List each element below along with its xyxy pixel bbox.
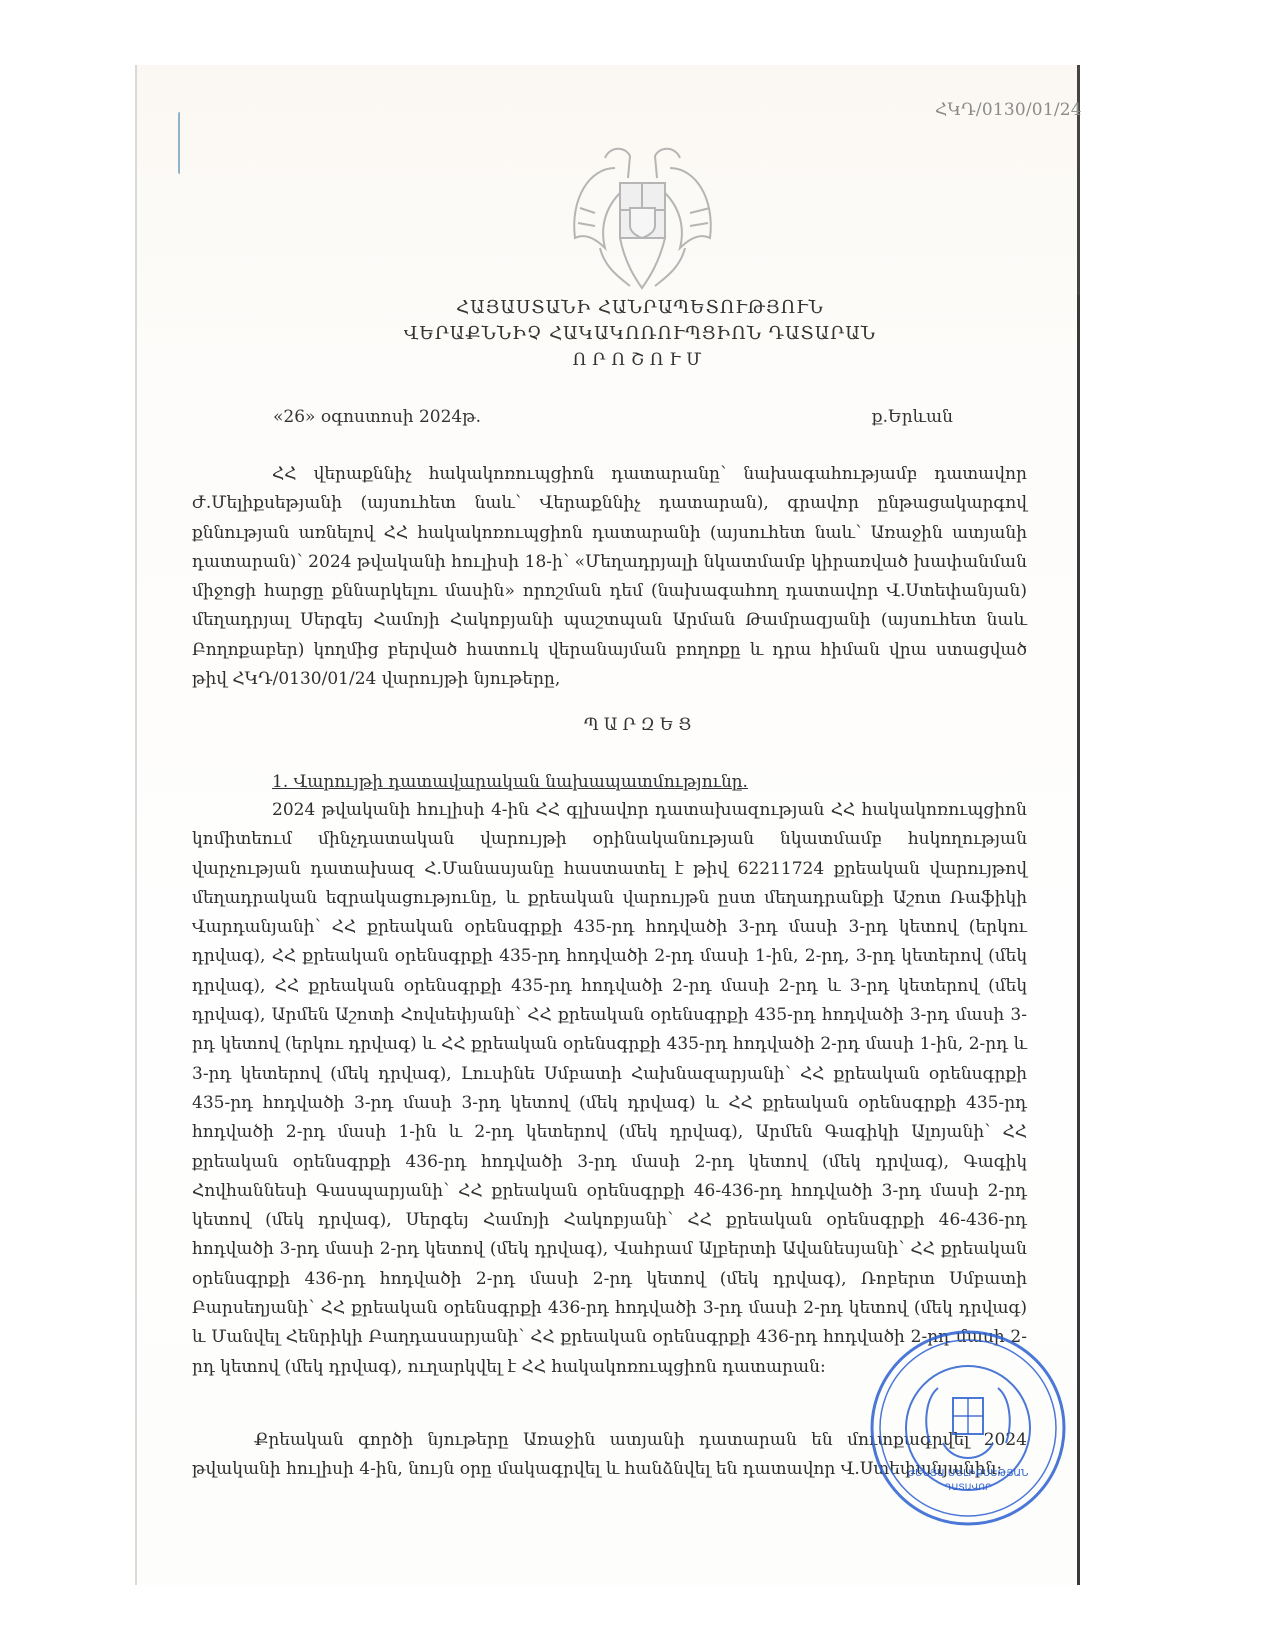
armenian-coat-of-arms-icon	[560, 138, 725, 298]
header-court: ՎԵՐԱՔՆՆԻՉ ՀԱԿԱԿՈՌՈՒՊՑԻՈՆ ԴԱՏԱՐԱՆ	[190, 321, 1090, 347]
decision-title: ՊԱՐԶԵՑ	[190, 715, 1090, 735]
header-decision: ՈՐՈՇՈՒՄ	[190, 347, 1090, 373]
section-1-paragraph-1: 2024 թվականի հուլիսի 4-ին ՀՀ գլխավոր դատ…	[192, 796, 1027, 1382]
section-1-text-1: 2024 թվականի հուլիսի 4-ին ՀՀ գլխավոր դատ…	[192, 800, 1027, 1377]
header-country: ՀԱՅԱՍՏԱՆԻ ՀԱՆՐԱՊԵՏՈՒԹՅՈՒՆ	[190, 295, 1090, 321]
date-line: «26» օգոստոսի 2024թ. ք.Երևան	[273, 407, 953, 427]
document-city: ք.Երևան	[872, 407, 953, 427]
svg-text:ԺԵՆՅԱ ՄԵԼԻՔՍԵԹՅԱՆ: ԺԵՆՅԱ ՄԵԼԻՔՍԵԹՅԱՆ	[908, 1468, 1029, 1479]
court-seal-stamp-icon: ԺԵՆՅԱ ՄԵԼԻՔՍԵԹՅԱՆ ԴԱՏԱՎՈՐ	[868, 1328, 1068, 1528]
document-date: «26» օգոստոսի 2024թ.	[273, 407, 481, 427]
intro-text: ՀՀ վերաքննիչ հակակոռուպցիոն դատարանը՝ նա…	[192, 464, 1027, 689]
intro-paragraph: ՀՀ վերաքննիչ հակակոռուպցիոն դատարանը՝ նա…	[192, 460, 1027, 694]
pen-mark	[178, 112, 183, 174]
case-number: ՀԿԴ/0130/01/24	[935, 100, 1082, 120]
document-header: ՀԱՅԱՍՏԱՆԻ ՀԱՆՐԱՊԵՏՈՒԹՅՈՒՆ ՎԵՐԱՔՆՆԻՉ ՀԱԿԱ…	[190, 295, 1090, 373]
svg-text:ԴԱՏԱՎՈՐ: ԴԱՏԱՎՈՐ	[945, 1483, 992, 1493]
section-1-title: 1. Վարույթի դատավարական նախապատմությունը…	[272, 772, 748, 792]
